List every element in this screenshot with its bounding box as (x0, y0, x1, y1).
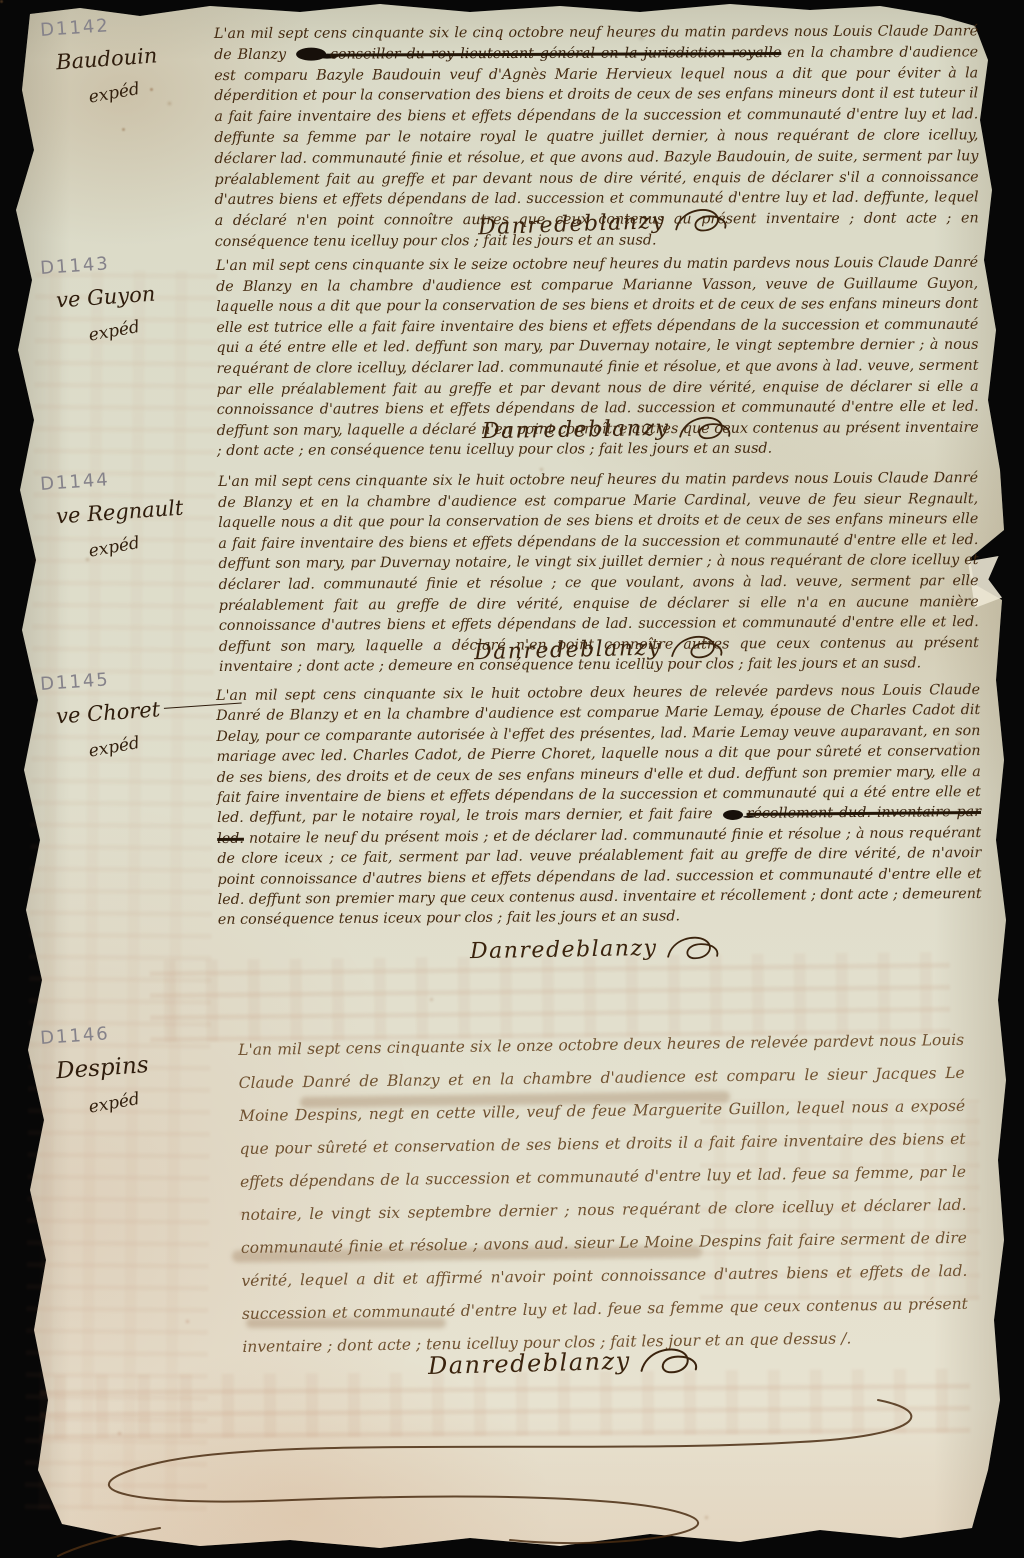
entry-body-text: L'an mil sept cens cinquante six le huit… (216, 680, 982, 931)
margin-annotation-choret: D1145 ve Choret expéd (0, 668, 212, 751)
signature-text: Danredeblanzy (474, 635, 662, 665)
margin-annotation-guyon: D1143 ve Guyon expéd (0, 252, 212, 335)
signature-text: Danredeblanzy (470, 936, 658, 964)
ink-blot (723, 810, 743, 820)
margin-name: Despins (55, 1052, 149, 1084)
margin-name: ve Guyon (55, 282, 156, 313)
signature-text: Danredeblanzy (482, 416, 670, 444)
margin-name: ve Regnault (55, 496, 184, 529)
margin-name: ve Choret (55, 697, 161, 728)
margin-annotation-baudouin: D1142 Baudouin expéd (0, 14, 212, 97)
signature-text: Danredeblanzy (428, 1347, 631, 1380)
paraph-icon (637, 1342, 700, 1380)
body-text-segment: notaire le neuf du présent mois ; et de … (217, 825, 981, 929)
ink-blot (296, 47, 326, 60)
margin-annotation-despins: D1146 Despins expéd (0, 1022, 212, 1107)
signature-danre-de-blanzy: Danredeblanzy (474, 631, 725, 670)
paraph-icon (664, 932, 721, 965)
stain-speckles (0, 0, 3, 3)
margin-name: Baudouin (55, 43, 158, 74)
signature-danre-de-blanzy: Danredeblanzy (482, 412, 733, 448)
margin-annotation-regnault: D1144 ve Regnault expéd (0, 468, 212, 551)
closing-flourish-icon (40, 1378, 980, 1558)
signature-danre-de-blanzy: Danredeblanzy (470, 932, 721, 968)
body-text-segment: L'an mil sept cens cinquante six le onze… (238, 1031, 968, 1356)
paraph-icon (672, 204, 729, 238)
entry-body-text: L'an mil sept cens cinquante six le onze… (238, 1024, 969, 1364)
paraph-icon (668, 631, 725, 664)
paraph-icon (676, 412, 733, 445)
signature-text: Danredeblanzy (478, 209, 666, 241)
struck-text: conseiller du roy lieutenant général en … (330, 45, 781, 63)
scan-background: D1142 Baudouin expéd D1143 ve Guyon expé… (0, 0, 1024, 1558)
